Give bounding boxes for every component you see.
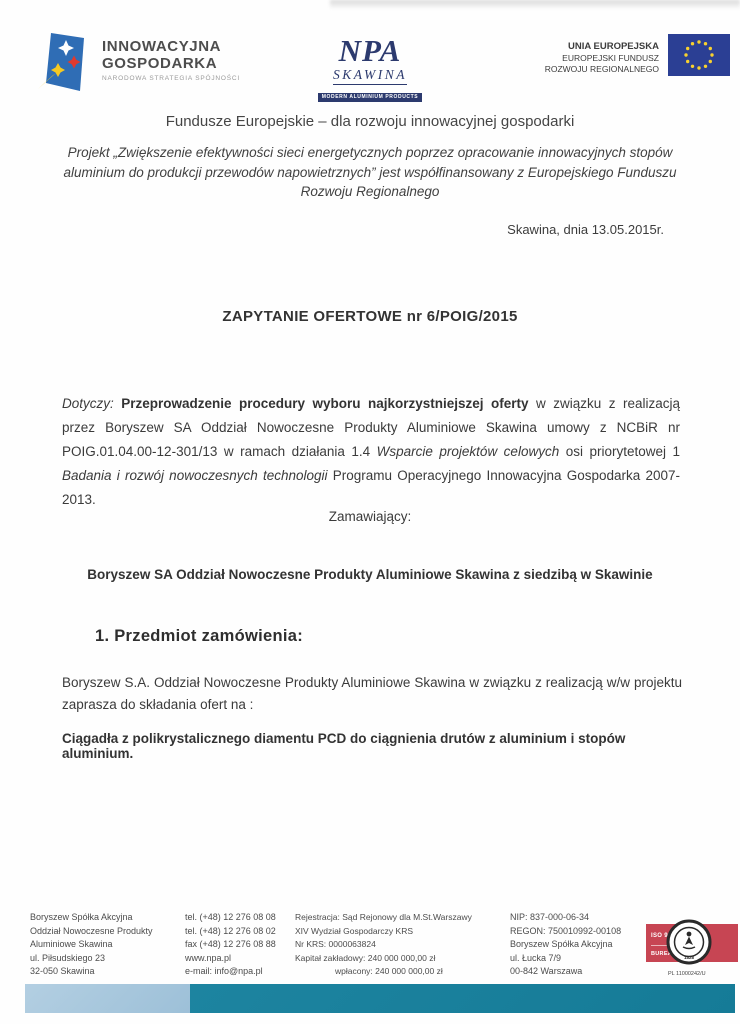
footer-line: Aluminiowe Skawina <box>30 938 153 952</box>
ordering-party-label: Zamawiający: <box>0 509 740 524</box>
section-1-body: Boryszew S.A. Oddział Nowoczesne Produkt… <box>62 672 682 716</box>
footer-contact-column: tel. (+48) 12 276 08 08 tel. (+48) 12 27… <box>185 911 276 979</box>
eu-logo-line2: EUROPEJSKI FUNDUSZ <box>545 53 659 64</box>
ig-flag-icon <box>36 28 92 99</box>
footer-line: Boryszew Spółka Akcyjna <box>30 911 153 925</box>
ig-logo-title-line2: GOSPODARKA <box>102 55 240 72</box>
bureau-veritas-emblem-icon: 1828 <box>666 919 712 970</box>
footer-line: Rejestracja: Sąd Rejonowy dla M.St.Warsz… <box>295 911 472 925</box>
header-logo-row: INNOWACYJNA GOSPODARKA NARODOWA STRATEGI… <box>0 26 740 106</box>
npa-logo-city: SKAWINA <box>333 67 407 85</box>
npa-logo-acronym: NPA <box>305 36 435 66</box>
footer-line: NIP: 837-000-06-34 <box>510 911 621 925</box>
footer-line: wpłacony: 240 000 000,00 zł <box>295 965 472 979</box>
ig-logo-title-line1: INNOWACYJNA <box>102 38 240 55</box>
ig-logo-subtitle: NARODOWA STRATEGIA SPÓJNOŚCI <box>102 75 240 82</box>
bottom-decoration-bar <box>25 984 735 1013</box>
emblem-year: 1828 <box>684 955 695 960</box>
footer-line: Nr KRS: 0000063824 <box>295 938 472 952</box>
footer-tax-column: NIP: 837-000-06-34 REGON: 750010992-0010… <box>510 911 621 979</box>
regarding-italic1: Wsparcie projektów celowych <box>377 444 560 459</box>
footer-line: ul. Piłsudskiego 23 <box>30 952 153 966</box>
certificate-number: PL 11000242/U <box>668 968 706 982</box>
ordering-party-name: Boryszew SA Oddział Nowoczesne Produkty … <box>0 567 740 582</box>
funds-title: Fundusze Europejskie – dla rozwoju innow… <box>0 113 740 130</box>
footer-line: ul. Łucka 7/9 <box>510 952 621 966</box>
npa-logo-tagline: MODERN ALUMINIUM PRODUCTS <box>318 93 422 102</box>
inquiry-title: ZAPYTANIE OFERTOWE nr 6/POIG/2015 <box>0 308 740 325</box>
footer-website: www.npa.pl <box>185 952 276 966</box>
npa-skawina-logo: NPA SKAWINA MODERN ALUMINIUM PRODUCTS <box>305 36 435 103</box>
eu-flag-icon <box>668 34 730 81</box>
order-subject-line: Ciągadła z polikrystalicznego diamentu P… <box>62 731 692 761</box>
project-cofinancing-note: Projekt „Zwiększenie efektywności sieci … <box>58 143 682 202</box>
regarding-label: Dotyczy: <box>62 396 121 411</box>
footer-line: tel. (+48) 12 276 08 08 <box>185 911 276 925</box>
regarding-mid2: osi priorytetowej 1 <box>559 444 680 459</box>
eu-logo-line1: UNIA EUROPEJSKA <box>545 40 659 53</box>
footer-line: XIV Wydział Gospodarczy KRS <box>295 925 472 939</box>
footer-line: 32-050 Skawina <box>30 965 153 979</box>
innowacyjna-gospodarka-logo: INNOWACYJNA GOSPODARKA NARODOWA STRATEGI… <box>36 28 240 99</box>
eu-logo: UNIA EUROPEJSKA EUROPEJSKI FUNDUSZ ROZWO… <box>545 34 730 81</box>
footer-registry-column: Rejestracja: Sąd Rejonowy dla M.St.Warsz… <box>295 911 472 979</box>
footer-line: Oddział Nowoczesne Produkty <box>30 925 153 939</box>
eu-logo-line3: ROZWOJU REGIONALNEGO <box>545 64 659 75</box>
footer-email: e-mail: info@npa.pl <box>185 965 276 979</box>
footer-line: Boryszew Spółka Akcyjna <box>510 938 621 952</box>
document-page: INNOWACYJNA GOSPODARKA NARODOWA STRATEGI… <box>0 0 740 1024</box>
scan-artifact-smudge <box>330 0 740 9</box>
place-date-line: Skawina, dnia 13.05.2015r. <box>507 222 664 237</box>
footer-line: Kapitał zakładowy: 240 000 000,00 zł <box>295 952 472 966</box>
footer-line: tel. (+48) 12 276 08 02 <box>185 925 276 939</box>
footer-line: fax (+48) 12 276 08 88 <box>185 938 276 952</box>
footer-line: 00-842 Warszawa <box>510 965 621 979</box>
footer-line: REGON: 750010992-00108 <box>510 925 621 939</box>
section-1-title: 1. Przedmiot zamówienia: <box>95 627 303 646</box>
bar-light-segment <box>25 984 190 1013</box>
regarding-bold-segment: Przeprowadzenie procedury wyboru najkorz… <box>121 396 528 411</box>
bar-teal-segment <box>190 984 735 1013</box>
regarding-paragraph: Dotyczy: Przeprowadzenie procedury wybor… <box>62 392 680 512</box>
footer-address-column: Boryszew Spółka Akcyjna Oddział Nowoczes… <box>30 911 153 979</box>
regarding-italic2: Badania i rozwój nowoczesnych technologi… <box>62 468 328 483</box>
